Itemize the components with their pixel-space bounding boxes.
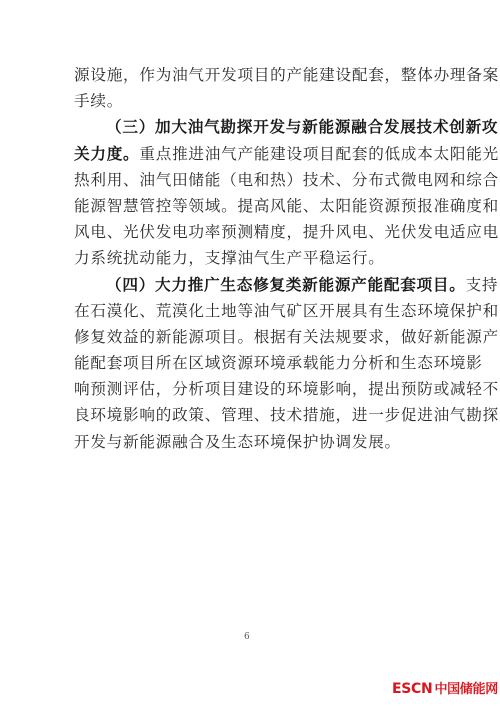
text-line: 热利用、油气田储能（电和热）技术、分布式微电网和综合	[74, 167, 426, 193]
text-line: 力系统扰动能力，支撑油气生产平稳运行。	[74, 245, 426, 271]
text-line: 关力度。重点推进油气产能建设项目配套的低成本太阳能光	[74, 141, 426, 167]
line-text: 在石漠化、荒漠化土地等油气矿区开展具有生态环境保护和	[74, 302, 499, 320]
line-text: 风电、光伏发电功率预测精度，提升风电、光伏发电适应电	[74, 223, 499, 241]
text-line: 良环境影响的政策、管理、技术措施，进一步促进油气勘探	[74, 402, 426, 428]
text-line: 源设施，作为油气开发项目的产能建设配套，整体办理备案	[74, 62, 426, 88]
line-text: 支持	[466, 276, 499, 294]
line-text: 良环境影响的政策、管理、技术措施，进一步促进油气勘探	[74, 406, 499, 424]
watermark-latin: ESCN	[392, 681, 432, 697]
text-line: 手续。	[74, 88, 426, 114]
text-line: 风电、光伏发电功率预测精度，提升风电、光伏发电适应电	[74, 219, 426, 245]
text-line: 修复效益的新能源项目。根据有关法规要求，做好新能源产	[74, 324, 426, 350]
heading-text: 关力度。	[74, 144, 139, 163]
text-line: 能源智慧管控等领域。提高风能、太阳能资源预报准确度和	[74, 193, 426, 219]
text-line: 在石漠化、荒漠化土地等油气矿区开展具有生态环境保护和	[74, 298, 426, 324]
body-text: 源设施，作为油气开发项目的产能建设配套，整体办理备案 手续。 （三）加大油气勘探…	[74, 62, 426, 455]
escn-watermark-logo: ESCN中国储能网	[392, 678, 498, 697]
line-text: 源设施，作为油气开发项目的产能建设配套，整体办理备案	[74, 66, 499, 84]
section-heading-4: （四）大力推广生态修复类新能源产能配套项目。支持	[74, 272, 426, 298]
line-text: 修复效益的新能源项目。根据有关法规要求，做好新能源产	[74, 328, 499, 346]
section-heading-3: （三）加大油气勘探开发与新能源融合发展技术创新攻	[74, 114, 426, 140]
line-text: 手续。	[74, 92, 123, 110]
heading-text: （四）大力推广生态修复类新能源产能配套项目。	[106, 275, 466, 294]
text-line: 响预测评估，分析项目建设的环境影响，提出预防或减轻不	[74, 376, 426, 402]
page-number: 6	[244, 632, 250, 642]
document-page: 源设施，作为油气开发项目的产能建设配套，整体办理备案 手续。 （三）加大油气勘探…	[0, 0, 500, 706]
line-text: 能配套项目所在区域资源环境承载能力分析和生态环境影	[74, 354, 483, 372]
line-text: 热利用、油气田储能（电和热）技术、分布式微电网和综合	[74, 171, 499, 189]
text-line: 开发与新能源融合及生态环境保护协调发展。	[74, 429, 426, 455]
line-text: 力系统扰动能力，支撑油气生产平稳运行。	[74, 249, 385, 267]
heading-text: （三）加大油气勘探开发与新能源融合发展技术创新攻	[106, 117, 498, 136]
watermark-chinese: 中国储能网	[434, 682, 498, 697]
line-text: 开发与新能源融合及生态环境保护协调发展。	[74, 433, 401, 451]
text-line: 能配套项目所在区域资源环境承载能力分析和生态环境影	[74, 350, 426, 376]
line-text: 能源智慧管控等领域。提高风能、太阳能资源预报准确度和	[74, 197, 499, 215]
line-text: 响预测评估，分析项目建设的环境影响，提出预防或减轻不	[74, 380, 499, 398]
line-text: 重点推进油气产能建设项目配套的低成本太阳能光	[139, 145, 499, 163]
